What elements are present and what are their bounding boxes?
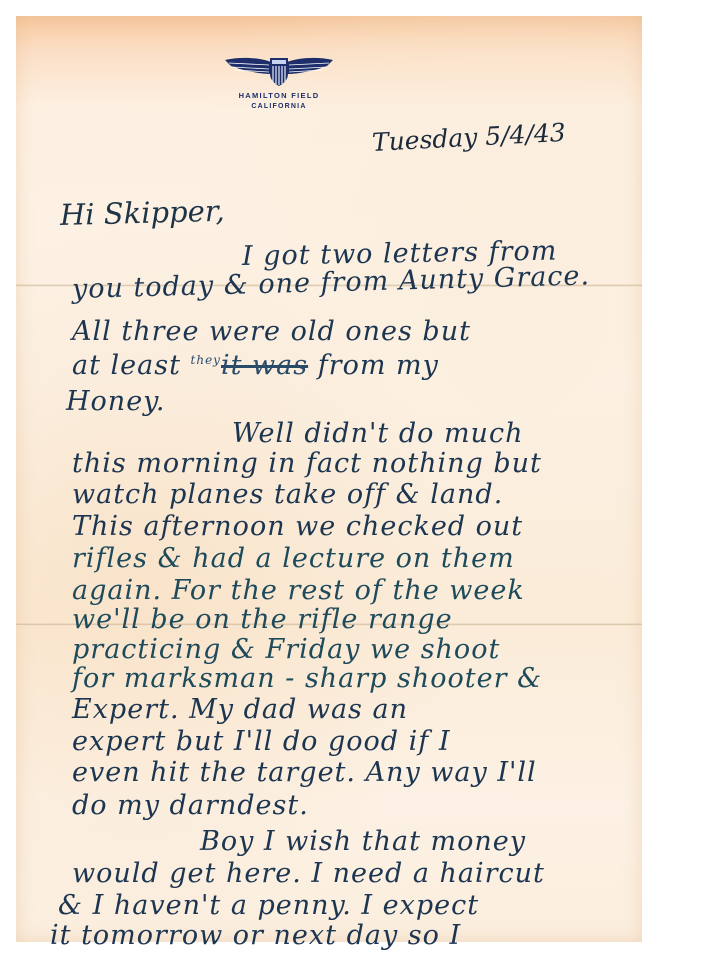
- letter-line: for marksman - sharp shooter &: [72, 663, 542, 694]
- letterhead-line1: HAMILTON FIELD: [214, 91, 344, 100]
- struck-text: it was: [221, 350, 308, 381]
- letter-line: & I haven't a penny. I expect: [58, 890, 479, 921]
- letter-line: watch planes take off & land.: [72, 479, 503, 510]
- line-text: at least: [72, 350, 191, 381]
- letter-line: This afternoon we checked out: [72, 511, 523, 542]
- pilot-wings-icon: [221, 52, 337, 88]
- letter-line: practicing & Friday we shoot: [72, 634, 500, 665]
- letter-line: it tomorrow or next day so I: [50, 920, 461, 951]
- letter-line: do my darndest.: [72, 790, 309, 821]
- letter-line: rifles & had a lecture on them: [72, 543, 515, 574]
- letter-line: Well didn't do much: [232, 418, 523, 449]
- letter-line: even hit the target. Any way I'll: [72, 757, 537, 788]
- letter-line: Boy I wish that money: [200, 826, 526, 857]
- inserted-word: they: [191, 353, 221, 367]
- line-text: from my: [308, 350, 439, 381]
- letter-line: at least theyit was from my: [72, 350, 439, 381]
- letter-line: again. For the rest of the week: [72, 575, 525, 606]
- letter-line: we'll be on the rifle range: [72, 604, 453, 635]
- letter-line: All three were old ones but: [72, 316, 471, 347]
- letter-line: Expert. My dad was an: [72, 694, 408, 725]
- letter-line: Honey.: [66, 386, 165, 417]
- letterhead: HAMILTON FIELD CALIFORNIA: [214, 52, 344, 110]
- salutation: Hi Skipper,: [60, 194, 226, 232]
- letter-line: would get here. I need a haircut: [72, 858, 545, 889]
- letter-line: this morning in fact nothing but: [72, 448, 542, 479]
- letter-line: expert but I'll do good if I: [72, 726, 451, 757]
- letterhead-line2: CALIFORNIA: [214, 103, 344, 110]
